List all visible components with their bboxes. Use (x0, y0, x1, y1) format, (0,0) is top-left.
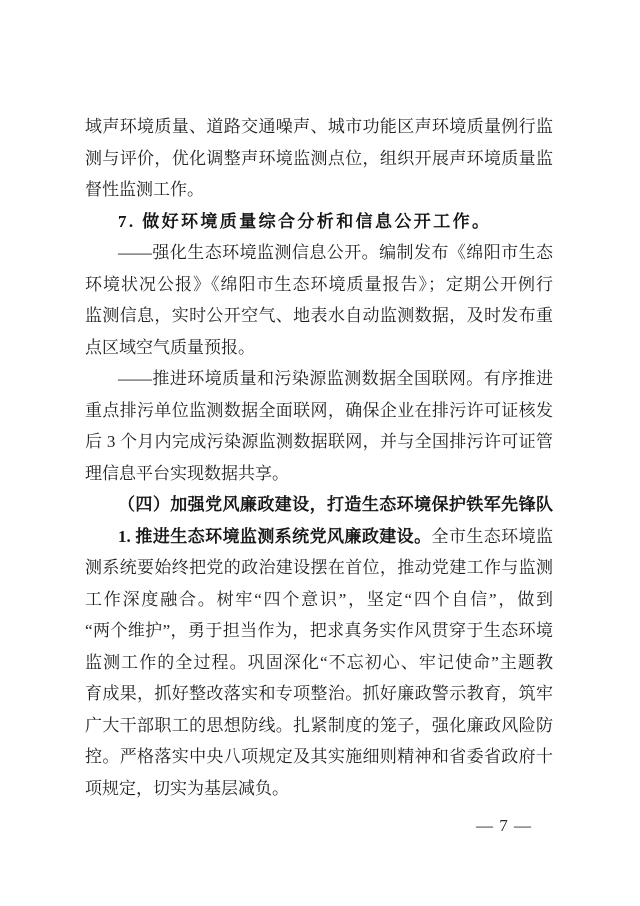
body-text-segment: 环境状况公报》《绵阳市生态环境质量报告》；定期公开例行 (85, 275, 553, 294)
body-text-segment: ——强化生态环境监测信息公开。编制发布《绵阳市生态 (118, 243, 553, 262)
body-text-segment: 广大干部职工的思想防线。扎紧制度的笼子，强化廉政风险防 (85, 716, 553, 735)
body-text-segment: 控。严格落实中央八项规定及其实施细则精神和省委省政府十 (85, 747, 553, 766)
body-text-segment: 后 3 个月内完成污染源监测数据联网，并与全国排污许可证管 (85, 432, 553, 451)
body-text-segment: 工作深度融合。树牢“四个意识”，坚定“四个自信”，做到 (85, 590, 553, 609)
heading-section-4-line: （四）加强党风廉政建设，打造生态环境保护铁军先锋队 (85, 489, 553, 521)
paragraph-party-conduct-line: 育成果，抓好整改落实和专项整治。抓好廉政警示教育，筑牢 (85, 678, 553, 710)
body-text-segment: 育成果，抓好整改落实和专项整治。抓好廉政警示教育，筑牢 (85, 684, 553, 703)
paragraph-information-disclosure-line: 环境状况公报》《绵阳市生态环境质量报告》；定期公开例行 (85, 269, 553, 301)
paragraph-national-networking-line: 理信息平台实现数据共享。 (85, 458, 553, 490)
paragraph-national-networking-line: 后 3 个月内完成污染源监测数据联网，并与全国排污许可证管 (85, 426, 553, 458)
paragraph-national-networking-line: 重点排污单位监测数据全面联网，确保企业在排污许可证核发 (85, 395, 553, 427)
paragraph-party-conduct-line: 监测工作的全过程。巩固深化“不忘初心、牢记使命”主题教 (85, 647, 553, 679)
body-text-segment: ——推进环境质量和污染源监测数据全国联网。有序推进 (118, 369, 553, 388)
paragraph-party-conduct-line: 项规定，切实为基层减负。 (85, 773, 553, 805)
paragraph-noise-monitoring-line: 域声环境质量、道路交通噪声、城市功能区声环境质量例行监 (85, 111, 553, 143)
body-text-segment: 督性监测工作。 (85, 180, 204, 199)
paragraph-noise-monitoring-line: 测与评价，优化调整声环境监测点位，组织开展声环境质量监 (85, 143, 553, 175)
body-text-segment: 重点排污单位监测数据全面联网，确保企业在排污许可证核发 (85, 401, 553, 420)
paragraph-party-conduct-line: “两个维护”，勇于担当作为，把求真务实作风贯穿于生态环境 (85, 615, 553, 647)
paragraph-national-networking-line: ——推进环境质量和污染源监测数据全国联网。有序推进 (85, 363, 553, 395)
heading-item-7-line: 7. 做好环境质量综合分析和信息公开工作。 (85, 206, 553, 238)
body-text-segment: 测系统要始终把党的政治建设摆在首位，推动党建工作与监测 (85, 558, 553, 577)
paragraph-party-conduct-line: 工作深度融合。树牢“四个意识”，坚定“四个自信”，做到 (85, 584, 553, 616)
page-number: — 7 — (476, 814, 532, 838)
body-text-segment: 点区域空气质量预报。 (85, 338, 255, 357)
body-text-segment: 全市生态环境监 (432, 527, 554, 546)
body-text-segment: 域声环境质量、道路交通噪声、城市功能区声环境质量例行监 (85, 117, 553, 136)
bold-text-segment: （四）加强党风廉政建设，打造生态环境保护铁军先锋队 (118, 495, 553, 514)
document-page: 域声环境质量、道路交通噪声、城市功能区声环境质量例行监测与评价，优化调整声环境监… (0, 0, 640, 906)
body-text-segment: 项规定，切实为基层减负。 (85, 779, 289, 798)
paragraph-noise-monitoring-line: 督性监测工作。 (85, 174, 553, 206)
paragraph-information-disclosure-line: 监测信息，实时公开空气、地表水自动监测数据，及时发布重 (85, 300, 553, 332)
body-text-segment: 理信息平台实现数据共享。 (85, 464, 289, 483)
document-text-block: 域声环境质量、道路交通噪声、城市功能区声环境质量例行监测与评价，优化调整声环境监… (85, 111, 553, 804)
paragraph-party-conduct-line: 广大干部职工的思想防线。扎紧制度的笼子，强化廉政风险防 (85, 710, 553, 742)
body-text-segment: 监测工作的全过程。巩固深化“不忘初心、牢记使命”主题教 (85, 653, 553, 672)
paragraph-information-disclosure-line: ——强化生态环境监测信息公开。编制发布《绵阳市生态 (85, 237, 553, 269)
body-text-segment: 测与评价，优化调整声环境监测点位，组织开展声环境质量监 (85, 149, 553, 168)
bold-text-segment: 7. 做好环境质量综合分析和信息公开工作。 (118, 212, 491, 231)
bold-text-segment: 1. 推进生态环境监测系统党风廉政建设。 (118, 527, 432, 546)
paragraph-party-conduct-line: 测系统要始终把党的政治建设摆在首位，推动党建工作与监测 (85, 552, 553, 584)
body-text-segment: 监测信息，实时公开空气、地表水自动监测数据，及时发布重 (85, 306, 553, 325)
paragraph-party-conduct-line: 1. 推进生态环境监测系统党风廉政建设。全市生态环境监 (85, 521, 553, 553)
paragraph-information-disclosure-line: 点区域空气质量预报。 (85, 332, 553, 364)
paragraph-party-conduct-line: 控。严格落实中央八项规定及其实施细则精神和省委省政府十 (85, 741, 553, 773)
body-text-segment: “两个维护”，勇于担当作为，把求真务实作风贯穿于生态环境 (85, 621, 553, 640)
